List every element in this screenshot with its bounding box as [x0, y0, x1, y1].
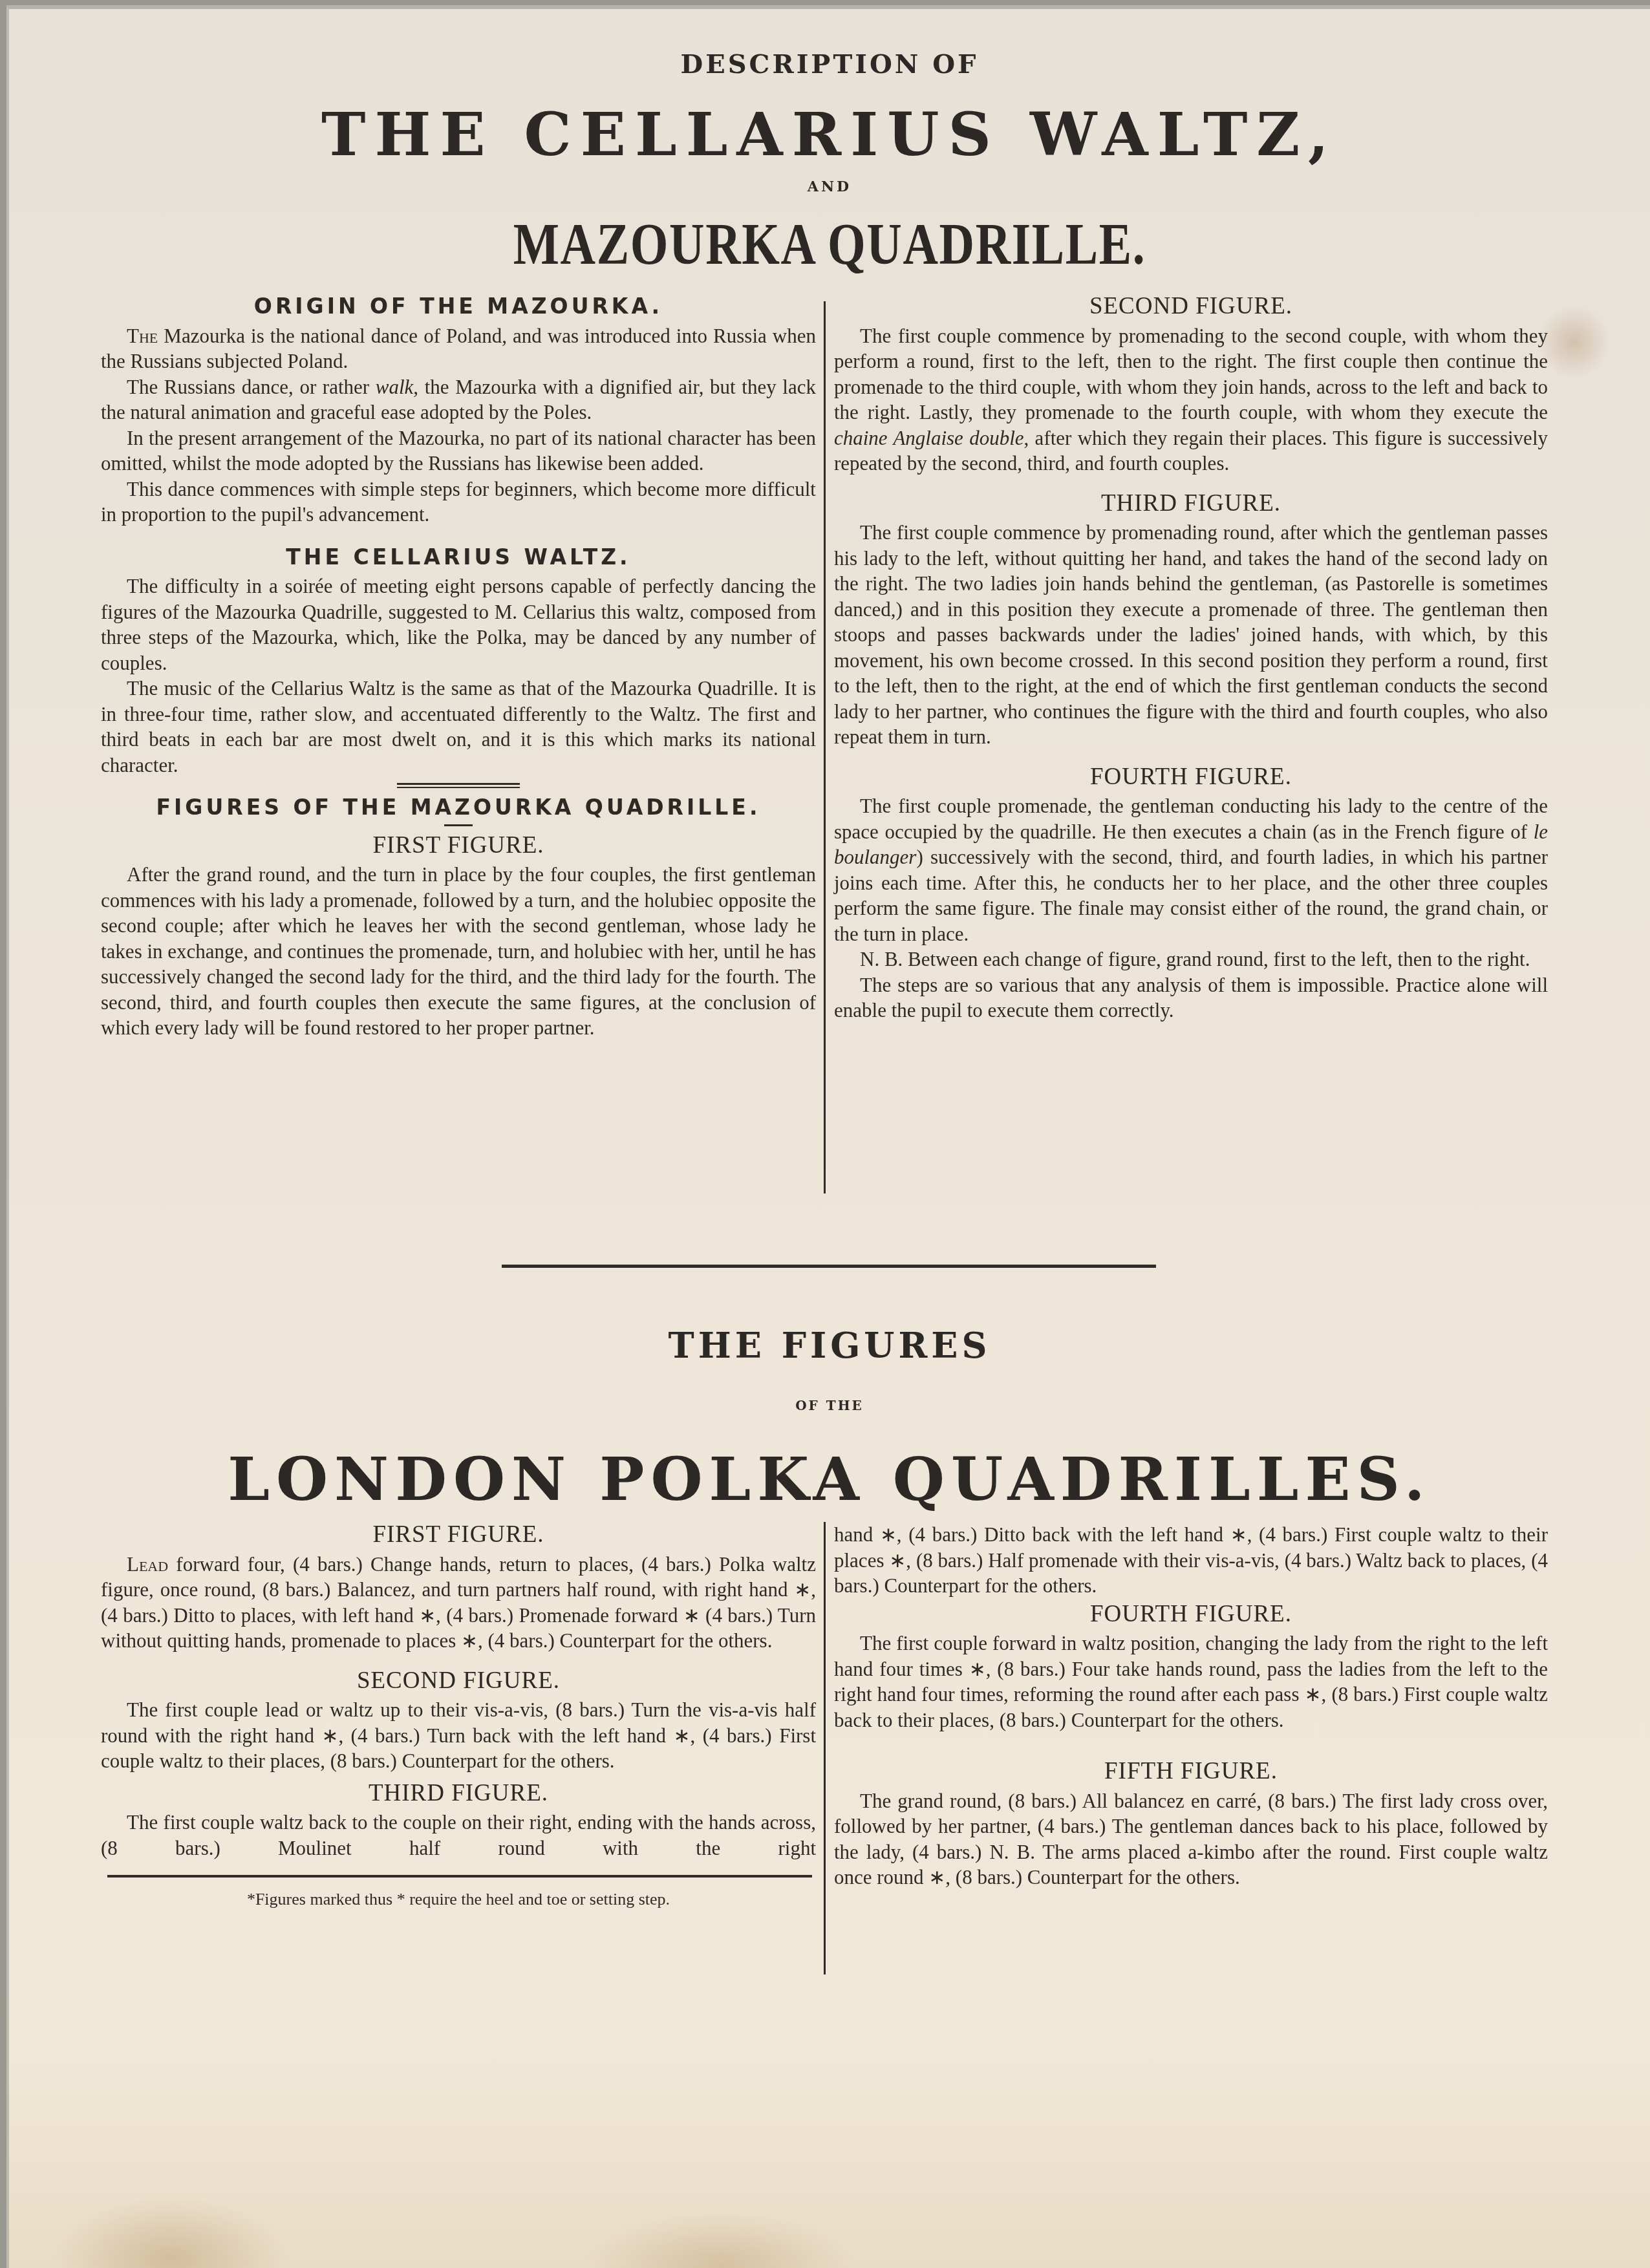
mazourka-second-figure-text: The first couple commence by promenading…: [834, 323, 1548, 476]
polka-fifth-figure-text: The grand round, (8 bars.) All balancez …: [834, 1788, 1548, 1890]
polka-fourth-figure-heading: FOURTH FIGURE.: [834, 1601, 1548, 1627]
footnote: *Figures marked thus * require the heel …: [101, 1887, 816, 1912]
polka-third-figure-heading: THIRD FIGURE.: [101, 1781, 816, 1806]
mazourka-first-figure-text: After the grand round, and the turn in p…: [101, 862, 816, 1041]
right-column-bottom: hand ∗, (4 bars.) Ditto back with the le…: [834, 1522, 1548, 1890]
cellarius-paragraph-1: The difficulty in a soirée of meeting ei…: [101, 573, 816, 676]
mazourka-first-figure-heading: FIRST FIGURE.: [101, 833, 816, 859]
horizontal-rule-section-divider: [502, 1265, 1156, 1268]
mazourka-fourth-figure-heading: FOURTH FIGURE.: [834, 764, 1548, 790]
column-divider-top: [824, 301, 826, 1193]
section-heading-mazourka-figures: FIGURES OF THE MAZOURKA QUADRILLE.: [101, 795, 816, 820]
left-column-top: ORIGIN OF THE MAZOURKA. The Mazourka is …: [101, 294, 816, 1041]
cellarius-paragraph-2: The music of the Cellarius Waltz is the …: [101, 676, 816, 778]
title-of-the: OF THE: [9, 1398, 1650, 1413]
polka-third-figure-text-part1: The first couple waltz back to the coupl…: [101, 1810, 816, 1861]
mazourka-third-figure-heading: THIRD FIGURE.: [834, 491, 1548, 517]
polka-fifth-figure-heading: FIFTH FIGURE.: [834, 1759, 1548, 1784]
section-heading-origin: ORIGIN OF THE MAZOURKA.: [101, 294, 816, 319]
origin-paragraph-1: The Mazourka is the national dance of Po…: [101, 323, 816, 374]
polka-fourth-figure-text: The first couple forward in waltz positi…: [834, 1631, 1548, 1733]
title-the-figures: THE FIGURES: [9, 1325, 1650, 1366]
mazourka-third-figure-text: The first couple commence by promenading…: [834, 520, 1548, 750]
header-description-of: DESCRIPTION OF: [9, 49, 1650, 80]
footnote-rule: [107, 1875, 812, 1878]
origin-lead-word: The: [127, 325, 158, 347]
title-mazourka-quadrille: MAZOURKA QUADRILLE.: [156, 209, 1502, 278]
polka-first-figure-heading: FIRST FIGURE.: [101, 1522, 816, 1548]
origin-paragraph-2: The Russians dance, or rather walk, the …: [101, 374, 816, 425]
polka-third-figure-text-part2: hand ∗, (4 bars.) Ditto back with the le…: [834, 1522, 1548, 1599]
mazourka-closing-note: The steps are so various that any analys…: [834, 972, 1548, 1023]
short-rule-divider: [444, 824, 473, 826]
double-rule-divider: [397, 783, 520, 788]
polka-second-figure-text: The first couple lead or waltz up to the…: [101, 1697, 816, 1774]
left-column-bottom: FIRST FIGURE. Lead forward four, (4 bars…: [101, 1522, 816, 1912]
title-london-polka-quadrilles: LONDON POLKA QUADRILLES.: [9, 1444, 1650, 1514]
section-heading-cellarius: THE CELLARIUS WALTZ.: [101, 544, 816, 570]
polka-second-figure-heading: SECOND FIGURE.: [101, 1668, 816, 1694]
title-cellarius-waltz: THE CELLARIUS WALTZ,: [9, 100, 1650, 169]
origin-paragraph-3: In the present arrangement of the Mazour…: [101, 425, 816, 476]
document-page: DESCRIPTION OF THE CELLARIUS WALTZ, AND …: [6, 5, 1650, 2268]
mazourka-fourth-figure-text: The first couple promenade, the gentlema…: [834, 793, 1548, 947]
column-divider-bottom: [824, 1522, 826, 1974]
mazourka-second-figure-heading: SECOND FIGURE.: [834, 294, 1548, 319]
right-column-top: SECOND FIGURE. The first couple commence…: [834, 294, 1548, 1023]
polka-first-figure-text: Lead forward four, (4 bars.) Change hand…: [101, 1552, 816, 1654]
mazourka-nb-note: N. B. Between each change of figure, gra…: [834, 947, 1548, 972]
header-and: AND: [9, 178, 1650, 195]
origin-paragraph-4: This dance commences with simple steps f…: [101, 476, 816, 528]
